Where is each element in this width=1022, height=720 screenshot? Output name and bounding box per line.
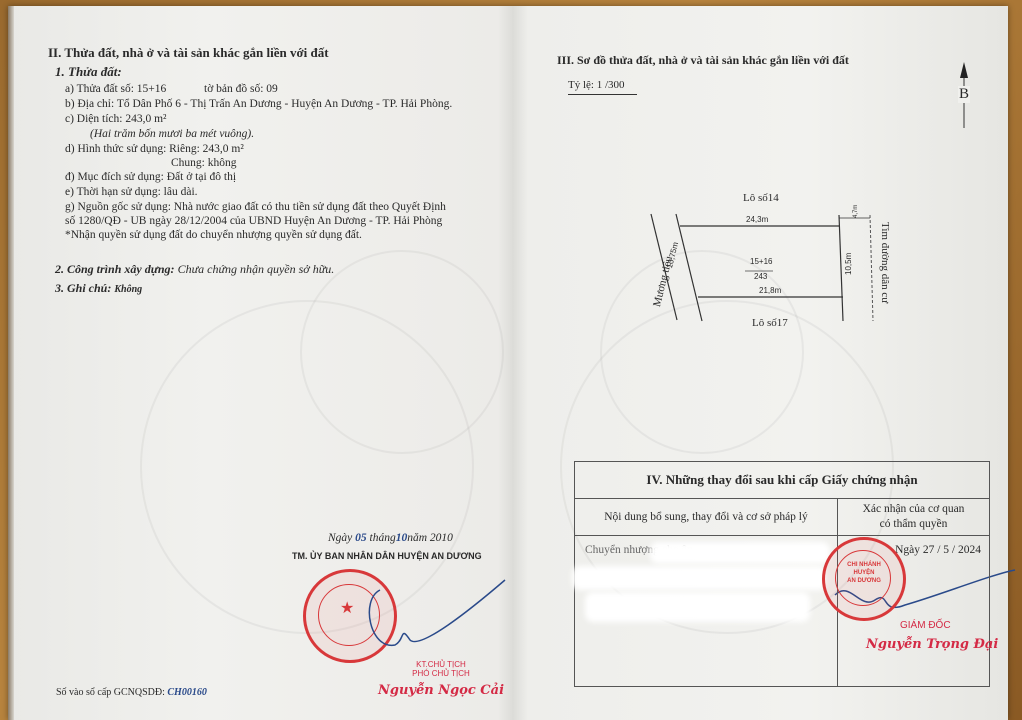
- redacted-area: [572, 566, 827, 590]
- right-edge-length: 10,5m: [844, 253, 853, 275]
- changes-col1-header: Nội dung bổ sung, thay đổi và cơ sở pháp…: [575, 499, 838, 536]
- redacted-area: [585, 592, 810, 622]
- road-offset-length: 4,7m: [853, 205, 859, 218]
- director-name: Nguyễn Trọng Đại: [866, 637, 998, 652]
- director-title: GIÁM ĐỐC: [900, 620, 951, 631]
- changes-col2-header: Xác nhận của cơ quan có thẩm quyền: [838, 499, 990, 536]
- change-entry-date: Ngày 27 / 5 / 2024: [895, 544, 981, 556]
- parcel-area: 243: [754, 272, 767, 281]
- bottom-neighbor-label: Lô số17: [752, 316, 788, 332]
- road-centerline-label: Tim đường dân cư: [877, 222, 893, 303]
- changes-title: IV. Những thay đổi sau khi cấp Giấy chứn…: [575, 462, 990, 499]
- branch-office-stamp: CHI NHÁNH HUYỆN AN DƯƠNG: [822, 537, 906, 621]
- top-neighbor-label: Lô số14: [743, 191, 779, 207]
- redacted-area: [650, 542, 830, 564]
- parcel-id: 15+16: [750, 257, 772, 266]
- bottom-edge-length: 21,8m: [759, 286, 781, 295]
- top-edge-length: 24,3m: [746, 215, 768, 224]
